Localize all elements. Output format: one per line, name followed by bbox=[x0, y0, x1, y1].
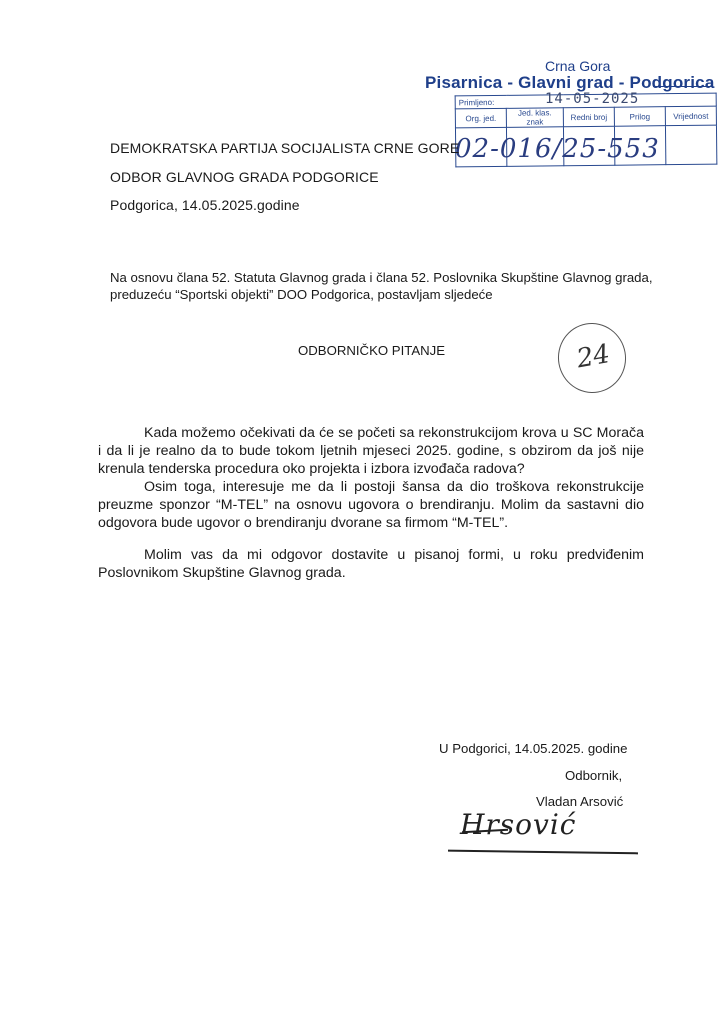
stamp-col-class: Jed. klas. znak bbox=[506, 108, 563, 128]
intro-line-1: Na osnovu člana 52. Statuta Glavnog grad… bbox=[110, 269, 653, 286]
intro-line-2: preduzeću “Sportski objekti” DOO Podgori… bbox=[110, 286, 493, 303]
stamp-strike-line bbox=[653, 86, 713, 87]
paragraph-3: Molim vas da mi odgovor dostavite u pisa… bbox=[98, 546, 644, 582]
question-number-circle: 24 bbox=[552, 318, 631, 399]
committee-name: ODBOR GLAVNOG GRADA PODGORICE bbox=[110, 169, 379, 185]
closing-role: Odbornik, bbox=[565, 767, 622, 784]
stamp-col-value: Vrijednost bbox=[665, 106, 716, 126]
stamp-col-number: Redni broj bbox=[563, 107, 614, 127]
closing-place-date: U Podgorici, 14.05.2025. godine bbox=[439, 740, 627, 757]
signature-line bbox=[448, 850, 638, 854]
question-number: 24 bbox=[574, 339, 612, 374]
party-name: DEMOKRATSKA PARTIJA SOCIJALISTA CRNE GOR… bbox=[110, 140, 459, 156]
paragraph-1: Kada možemo očekivati da će se početi sa… bbox=[98, 424, 644, 478]
paragraph-2: Osim toga, interesuje me da li postoji š… bbox=[98, 478, 644, 532]
signature: Hrsović bbox=[460, 808, 576, 841]
stamp-date: 14-05-2025 bbox=[545, 91, 639, 107]
document-title: ODBORNIČKO PITANJE bbox=[298, 342, 445, 359]
stamp-country: Crna Gora bbox=[545, 58, 610, 74]
stamp-office: Pisarnica - Glavni grad - Podgorica bbox=[425, 73, 714, 93]
stamp-col-org: Org. jed. bbox=[455, 108, 506, 128]
registry-stamp: Crna Gora Pisarnica - Glavni grad - Podg… bbox=[425, 58, 721, 170]
header-place-date: Podgorica, 14.05.2025.godine bbox=[110, 197, 300, 213]
stamp-registration-number: 02-016/25-553 bbox=[455, 134, 660, 164]
stamp-col-attachment: Prilog bbox=[614, 107, 665, 127]
